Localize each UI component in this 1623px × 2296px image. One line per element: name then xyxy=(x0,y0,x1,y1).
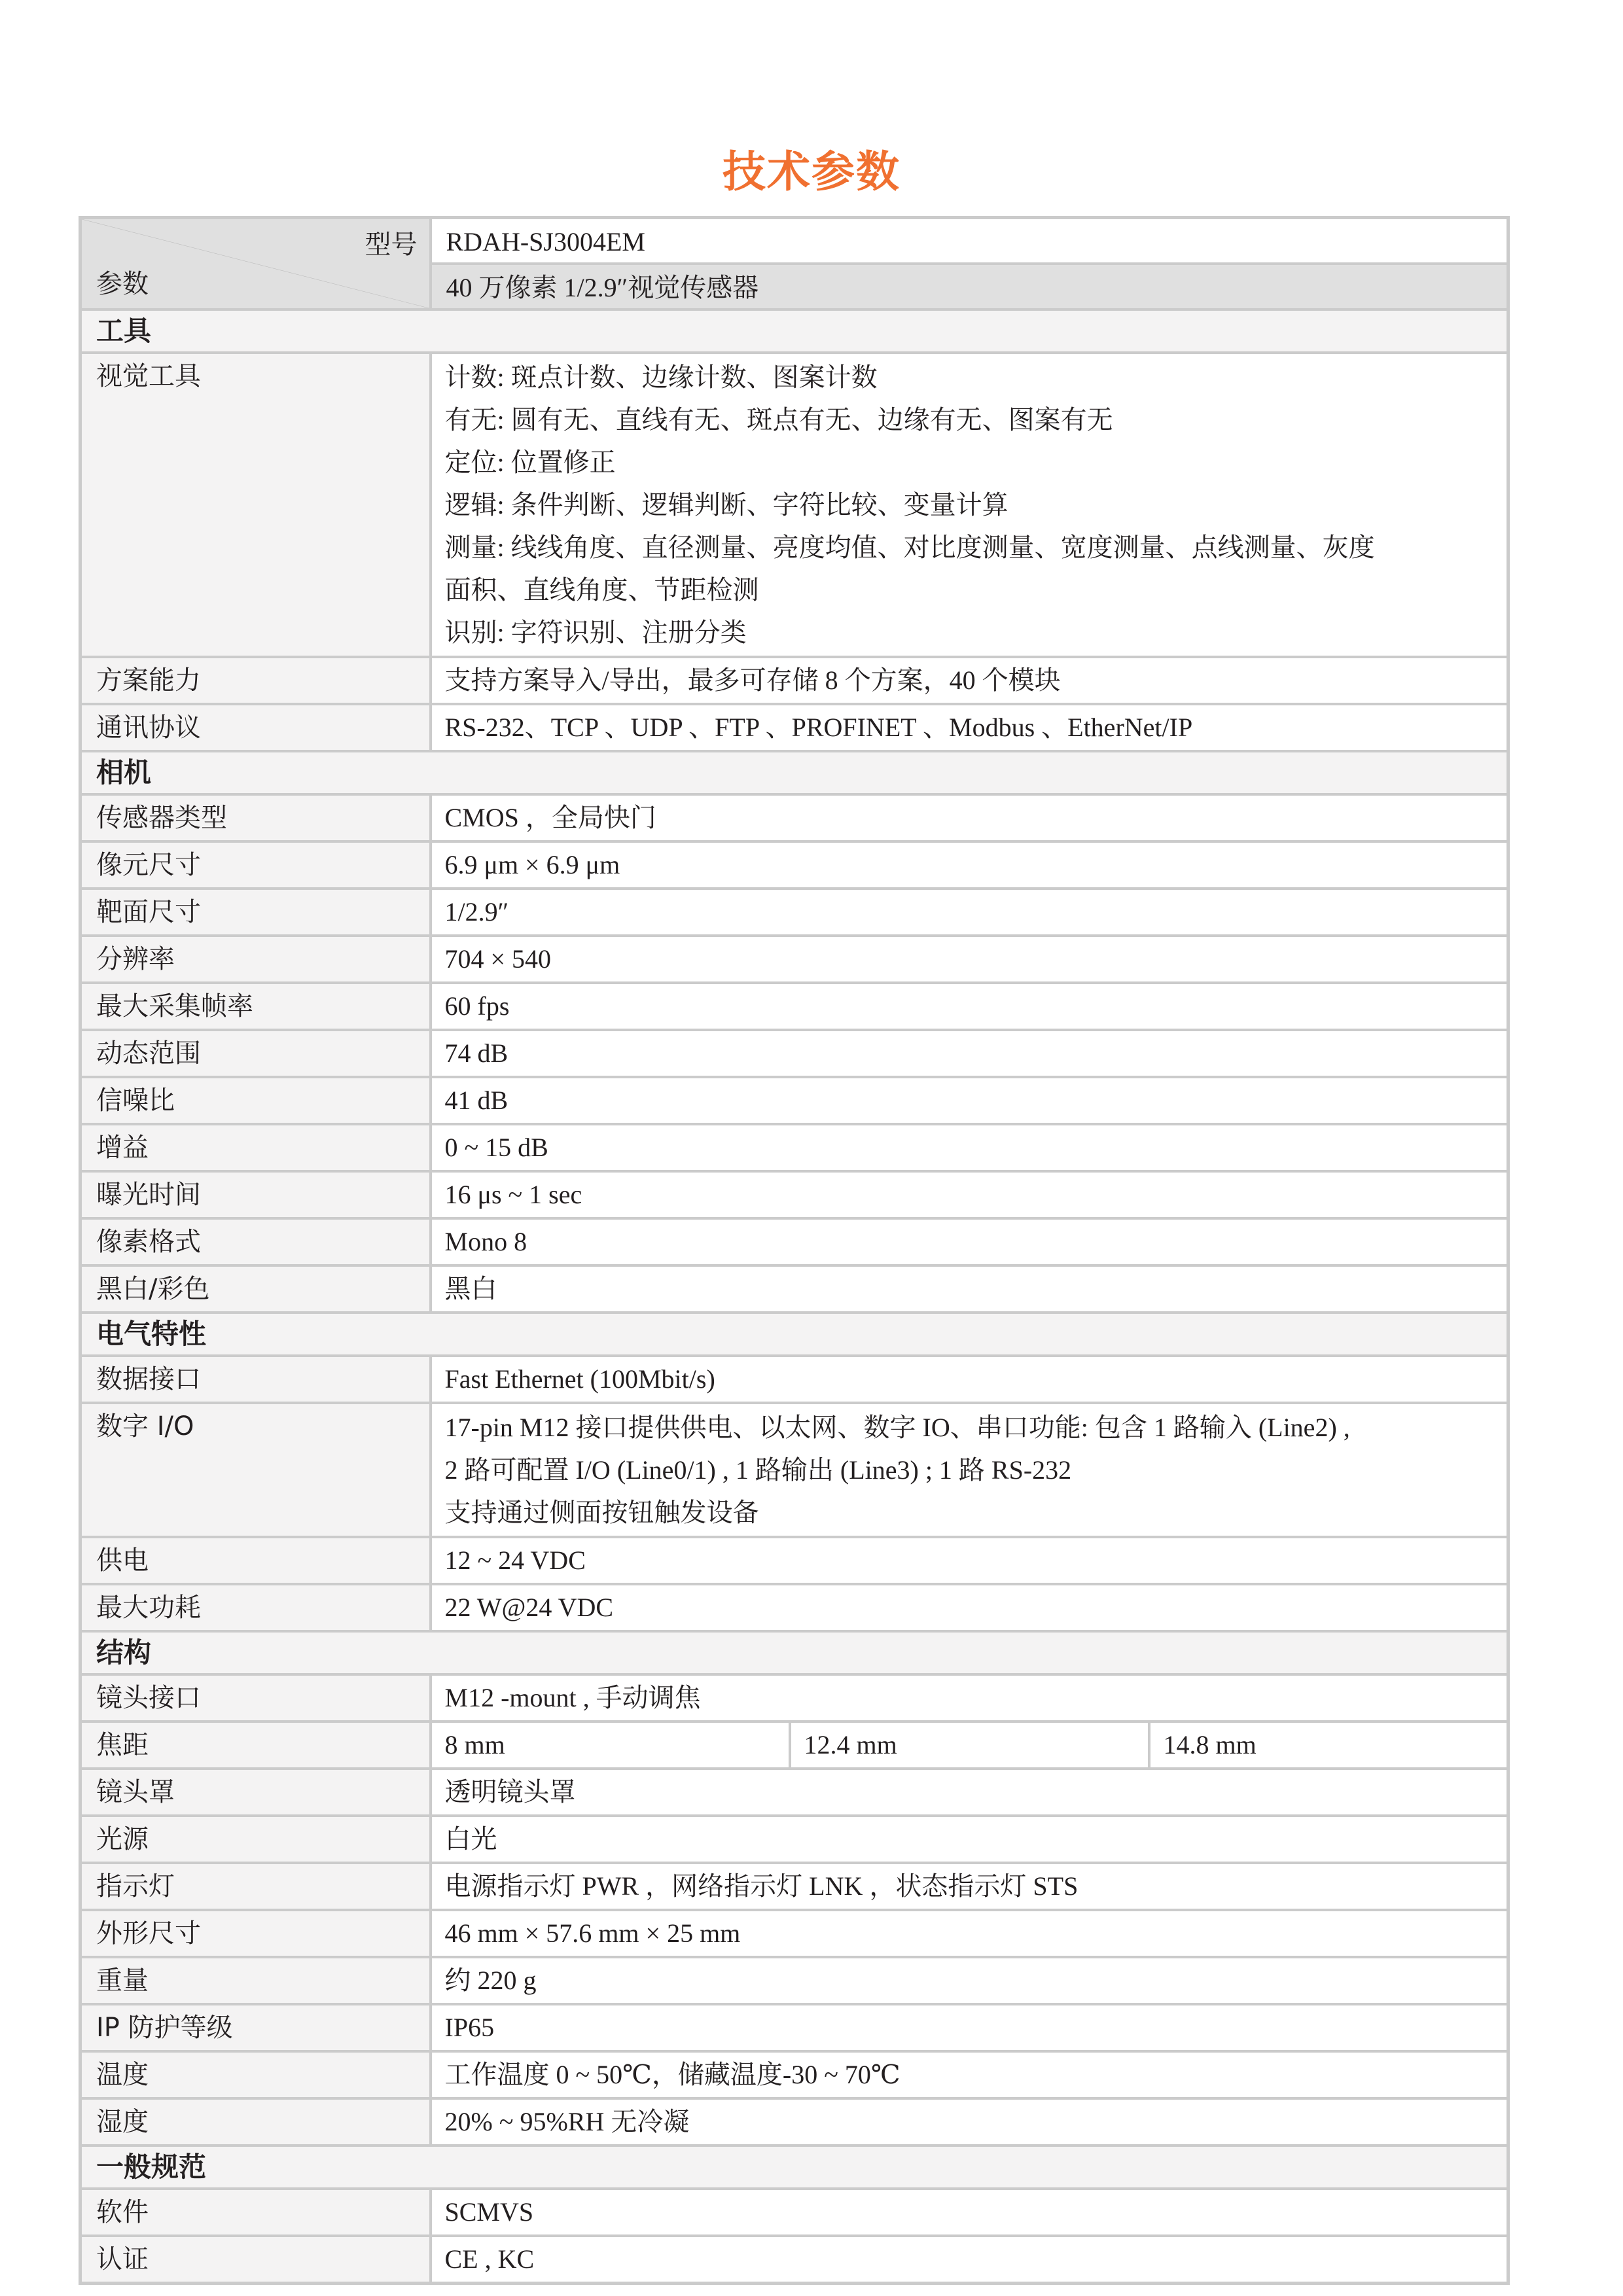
row-value: 704 × 540 xyxy=(431,936,1508,983)
section-camera: 相机 xyxy=(80,751,1508,794)
corner-model-label: 型号 xyxy=(365,224,418,265)
digital-io-line: 17-pin M12 接口提供供电、以太网、数字 IO、串口功能: 包含 1 路… xyxy=(445,1406,1507,1449)
vision-tool-line: 计数: 斑点计数、边缘计数、图案计数 xyxy=(445,356,1507,398)
row-label: 重量 xyxy=(80,1957,431,2004)
table-row-sensor-format: 靶面尺寸 1/2.9″ xyxy=(80,889,1508,936)
corner-header-cell: 型号 参数 xyxy=(80,218,431,310)
row-label: 动态范围 xyxy=(80,1030,431,1077)
table-row-lens-cover: 镜头罩 透明镜头罩 xyxy=(80,1769,1508,1816)
row-label: 分辨率 xyxy=(80,936,431,983)
table-row-resolution: 分辨率 704 × 540 xyxy=(80,936,1508,983)
vision-tool-line: 识别: 字符识别、注册分类 xyxy=(445,611,1507,654)
vision-tool-line: 测量: 线线角度、直径测量、亮度均值、对比度测量、宽度测量、点线测量、灰度 xyxy=(445,526,1507,569)
row-label: IP 防护等级 xyxy=(80,2004,431,2051)
spec-table: 型号 参数 RDAH-SJ3004EM 40 万像素 1/2.9″视觉传感器 工… xyxy=(79,216,1510,2285)
row-label: 外形尺寸 xyxy=(80,1910,431,1957)
table-row-sensor-type: 传感器类型 CMOS ，全局快门 xyxy=(80,794,1508,841)
row-value: M12 -mount , 手动调焦 xyxy=(431,1674,1508,1722)
table-row-mono-color: 黑白/彩色 黑白 xyxy=(80,1265,1508,1313)
row-label: 认证 xyxy=(80,2236,431,2284)
table-row-protocols: 通讯协议 RS-232、TCP 、UDP 、FTP 、PROFINET 、Mod… xyxy=(80,704,1508,751)
row-value: 20% ~ 95%RH 无冷凝 xyxy=(431,2098,1508,2146)
table-row-pixel-size: 像元尺寸 6.9 μm × 6.9 μm xyxy=(80,841,1508,889)
row-value: CE , KC xyxy=(431,2236,1508,2284)
row-value: SCMVS xyxy=(431,2189,1508,2236)
focal-length-option: 8 mm xyxy=(431,1722,790,1769)
row-label: 方案能力 xyxy=(80,657,431,704)
row-value: 41 dB xyxy=(431,1077,1508,1124)
row-label: 最大采集帧率 xyxy=(80,983,431,1030)
table-row-power-supply: 供电 12 ~ 24 VDC xyxy=(80,1537,1508,1584)
section-title: 结构 xyxy=(80,1631,1508,1674)
row-value: 白光 xyxy=(431,1816,1508,1863)
table-row-exposure-time: 曝光时间 16 μs ~ 1 sec xyxy=(80,1171,1508,1218)
focal-length-option: 14.8 mm xyxy=(1149,1722,1508,1769)
section-general: 一般规范 xyxy=(80,2146,1508,2189)
vision-tool-line: 逻辑: 条件判断、逻辑判断、字符比较、变量计算 xyxy=(445,484,1507,526)
row-value: Mono 8 xyxy=(431,1218,1508,1265)
row-value: 46 mm × 57.6 mm × 25 mm xyxy=(431,1910,1508,1957)
table-row-humidity: 湿度 20% ~ 95%RH 无冷凝 xyxy=(80,2098,1508,2146)
row-label: 像素格式 xyxy=(80,1218,431,1265)
row-value: 电源指示灯 PWR ，网络指示灯 LNK ，状态指示灯 STS xyxy=(431,1863,1508,1910)
model-value: RDAH-SJ3004EM xyxy=(431,218,1508,264)
row-label: 焦距 xyxy=(80,1722,431,1769)
table-row-solution-capacity: 方案能力 支持方案导入/导出，最多可存储 8 个方案，40 个模块 xyxy=(80,657,1508,704)
table-row-data-interface: 数据接口 Fast Ethernet (100Mbit/s) xyxy=(80,1356,1508,1403)
row-label: 传感器类型 xyxy=(80,794,431,841)
row-value: 透明镜头罩 xyxy=(431,1769,1508,1816)
row-label: 像元尺寸 xyxy=(80,841,431,889)
row-value: 6.9 μm × 6.9 μm xyxy=(431,841,1508,889)
row-value: 约 220 g xyxy=(431,1957,1508,2004)
table-row-vision-tools: 视觉工具 计数: 斑点计数、边缘计数、图案计数 有无: 圆有无、直线有无、斑点有… xyxy=(80,353,1508,657)
row-value: Fast Ethernet (100Mbit/s) xyxy=(431,1356,1508,1403)
row-value: 工作温度 0 ~ 50℃，储藏温度-30 ~ 70℃ xyxy=(431,2051,1508,2098)
focal-length-option: 12.4 mm xyxy=(790,1722,1149,1769)
row-label: 镜头接口 xyxy=(80,1674,431,1722)
corner-param-label: 参数 xyxy=(96,264,149,304)
row-value: 1/2.9″ xyxy=(431,889,1508,936)
row-label: 黑白/彩色 xyxy=(80,1265,431,1313)
row-label: 曝光时间 xyxy=(80,1171,431,1218)
row-label: 镜头罩 xyxy=(80,1769,431,1816)
row-value: 60 fps xyxy=(431,983,1508,1030)
section-tools: 工具 xyxy=(80,309,1508,353)
section-title: 电气特性 xyxy=(80,1313,1508,1356)
row-label: 信噪比 xyxy=(80,1077,431,1124)
table-row-gain: 增益 0 ~ 15 dB xyxy=(80,1124,1508,1171)
row-label: 软件 xyxy=(80,2189,431,2236)
section-structure: 结构 xyxy=(80,1631,1508,1674)
row-label: 湿度 xyxy=(80,2098,431,2146)
row-label: 数据接口 xyxy=(80,1356,431,1403)
digital-io-line: 支持通过侧面按钮触发设备 xyxy=(445,1491,1507,1534)
table-row-snr: 信噪比 41 dB xyxy=(80,1077,1508,1124)
row-label: 数字 I/O xyxy=(80,1403,431,1537)
page-title: 技术参数 xyxy=(0,143,1623,202)
row-value: RS-232、TCP 、UDP 、FTP 、PROFINET 、Modbus 、… xyxy=(431,704,1508,751)
row-label: 增益 xyxy=(80,1124,431,1171)
row-value: 计数: 斑点计数、边缘计数、图案计数 有无: 圆有无、直线有无、斑点有无、边缘有… xyxy=(431,353,1508,657)
row-label: 光源 xyxy=(80,1816,431,1863)
row-label: 指示灯 xyxy=(80,1863,431,1910)
row-value: 12 ~ 24 VDC xyxy=(431,1537,1508,1584)
row-value: 黑白 xyxy=(431,1265,1508,1313)
table-row-dimensions: 外形尺寸 46 mm × 57.6 mm × 25 mm xyxy=(80,1910,1508,1957)
row-value: 74 dB xyxy=(431,1030,1508,1077)
digital-io-line: 2 路可配置 I/O (Line0/1) , 1 路输出 (Line3) ; 1… xyxy=(445,1449,1507,1491)
table-row-indicators: 指示灯 电源指示灯 PWR ，网络指示灯 LNK ，状态指示灯 STS xyxy=(80,1863,1508,1910)
table-row-weight: 重量 约 220 g xyxy=(80,1957,1508,2004)
row-value: CMOS ，全局快门 xyxy=(431,794,1508,841)
header-row-model: 型号 参数 RDAH-SJ3004EM xyxy=(80,218,1508,264)
table-row-software: 软件 SCMVS xyxy=(80,2189,1508,2236)
row-label: 最大功耗 xyxy=(80,1584,431,1631)
table-row-max-power: 最大功耗 22 W@24 VDC xyxy=(80,1584,1508,1631)
section-title: 相机 xyxy=(80,751,1508,794)
row-value: 16 μs ~ 1 sec xyxy=(431,1171,1508,1218)
row-value: 22 W@24 VDC xyxy=(431,1584,1508,1631)
table-row-temperature: 温度 工作温度 0 ~ 50℃，储藏温度-30 ~ 70℃ xyxy=(80,2051,1508,2098)
table-row-lens-mount: 镜头接口 M12 -mount , 手动调焦 xyxy=(80,1674,1508,1722)
row-value: 17-pin M12 接口提供供电、以太网、数字 IO、串口功能: 包含 1 路… xyxy=(431,1403,1508,1537)
section-electrical: 电气特性 xyxy=(80,1313,1508,1356)
section-title: 一般规范 xyxy=(80,2146,1508,2189)
table-row-max-frame-rate: 最大采集帧率 60 fps xyxy=(80,983,1508,1030)
section-title: 工具 xyxy=(80,309,1508,353)
vision-tool-line: 定位: 位置修正 xyxy=(445,441,1507,484)
table-row-digital-io: 数字 I/O 17-pin M12 接口提供供电、以太网、数字 IO、串口功能:… xyxy=(80,1403,1508,1537)
row-label: 温度 xyxy=(80,2051,431,2098)
table-row-pixel-format: 像素格式 Mono 8 xyxy=(80,1218,1508,1265)
model-description: 40 万像素 1/2.9″视觉传感器 xyxy=(431,264,1508,309)
row-label: 供电 xyxy=(80,1537,431,1584)
table-row-light-source: 光源 白光 xyxy=(80,1816,1508,1863)
row-value: 0 ~ 15 dB xyxy=(431,1124,1508,1171)
row-label: 靶面尺寸 xyxy=(80,889,431,936)
row-value: 支持方案导入/导出，最多可存储 8 个方案，40 个模块 xyxy=(431,657,1508,704)
vision-tool-line: 有无: 圆有无、直线有无、斑点有无、边缘有无、图案有无 xyxy=(445,398,1507,441)
table-row-focal-length: 焦距 8 mm 12.4 mm 14.8 mm xyxy=(80,1722,1508,1769)
row-label: 视觉工具 xyxy=(80,353,431,657)
table-row-ip-rating: IP 防护等级 IP65 xyxy=(80,2004,1508,2051)
row-label: 通讯协议 xyxy=(80,704,431,751)
table-row-dynamic-range: 动态范围 74 dB xyxy=(80,1030,1508,1077)
table-row-certification: 认证 CE , KC xyxy=(80,2236,1508,2284)
vision-tool-line: 面积、直线角度、节距检测 xyxy=(445,569,1507,611)
row-value: IP65 xyxy=(431,2004,1508,2051)
